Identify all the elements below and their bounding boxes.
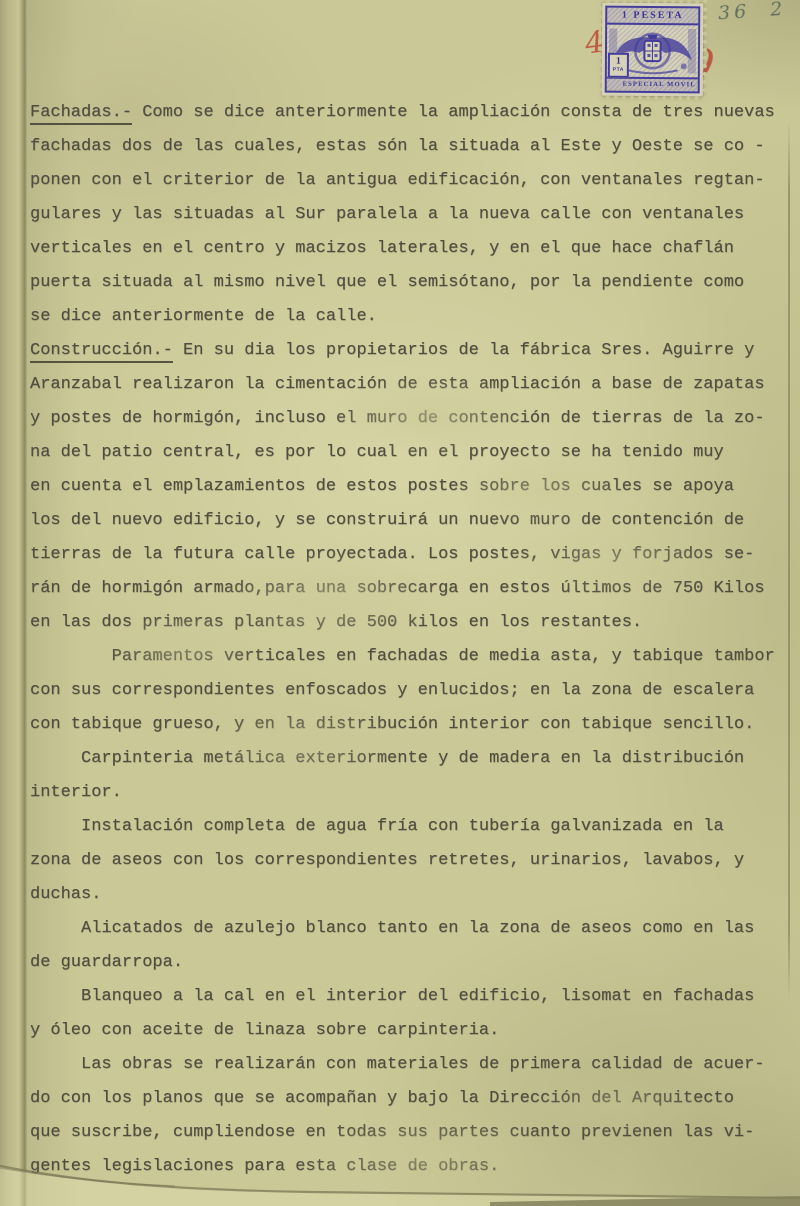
text-line: en las dos primeras plantas y de 500 kil…: [30, 606, 796, 640]
text-line: Blanqueo a la cal en el interior del edi…: [30, 980, 796, 1014]
stamp-corner-value-box: 1 PTA: [608, 53, 629, 78]
text-line: los del nuevo edificio, y se construirá …: [30, 504, 796, 538]
document-text: Fachadas.- Como se dice anteriormente la…: [30, 96, 796, 1184]
text-line: Aranzabal realizaron la cimentación de e…: [30, 368, 796, 402]
text-line: Paramentos verticales en fachadas de med…: [30, 640, 796, 674]
text-line: que suscribe, cumpliendose en todas sus …: [30, 1116, 796, 1150]
scanned-document-page: 43 0 36 2 1 PESETA: [0, 0, 800, 1206]
text-line: ponen con el criterior de la antigua edi…: [30, 164, 796, 198]
page-left-fold-edge: [0, 0, 27, 1206]
text-line: Carpinteria metálica exteriormente y de …: [30, 742, 796, 776]
text-line: na del patio central, es por lo cual en …: [30, 436, 796, 470]
section-heading: Construcción.-: [30, 341, 173, 363]
text-line: con sus correspondientes enfoscados y en…: [30, 674, 796, 708]
text-line: verticales en el centro y macizos latera…: [30, 232, 796, 266]
stamp-corner-unit: PTA: [610, 67, 627, 73]
text-line: rán de hormigón armado,para una sobrecar…: [30, 572, 796, 606]
tax-stamp: 1 PESETA 1 PTA: [602, 3, 704, 97]
text-line: Alicatados de azulejo blanco tanto en la…: [30, 912, 796, 946]
text-line: zona de aseos con los correspondientes r…: [30, 844, 796, 878]
section-heading: Fachadas.-: [30, 103, 132, 125]
text-line: Instalación completa de agua fría con tu…: [30, 810, 796, 844]
text-line: Las obras se realizarán con materiales d…: [30, 1048, 796, 1082]
stamp-corner-value: 1: [610, 56, 627, 67]
pencil-annotation: 36 2: [717, 0, 787, 24]
stamp-denomination-text: 1 PESETA: [607, 8, 698, 26]
text-line: Construcción.- En su dia los propietario…: [30, 334, 796, 368]
text-line: Fachadas.- Como se dice anteriormente la…: [30, 96, 796, 130]
stamp-series-text: ESPECIAL MOVIL: [607, 77, 698, 92]
text-line: tierras de la futura calle proyectada. L…: [30, 538, 796, 572]
text-line: duchas.: [30, 878, 796, 912]
text-line: y óleo con aceite de linaza sobre carpin…: [30, 1014, 796, 1048]
text-line: do con los planos que se acompañan y baj…: [30, 1082, 796, 1116]
text-line: con tabique grueso, y en la distribución…: [30, 708, 796, 742]
stamp-coat-of-arms: 1 PTA: [607, 25, 698, 78]
text-line: y postes de hormigón, incluso el muro de…: [30, 402, 796, 436]
text-line: en cuenta el emplazamientos de estos pos…: [30, 470, 796, 504]
text-line: puerta situada al mismo nivel que el sem…: [30, 266, 796, 300]
stamp-frame: 1 PESETA 1 PTA: [605, 6, 701, 94]
text-line: gentes legislaciones para esta clase de …: [30, 1150, 796, 1184]
text-line: se dice anteriormente de la calle.: [30, 300, 796, 334]
text-line: de guardarropa.: [30, 946, 796, 980]
text-line: fachadas dos de las cuales, estas són la…: [30, 130, 796, 164]
text-line: interior.: [30, 776, 796, 810]
text-line: gulares y las situadas al Sur paralela a…: [30, 198, 796, 232]
